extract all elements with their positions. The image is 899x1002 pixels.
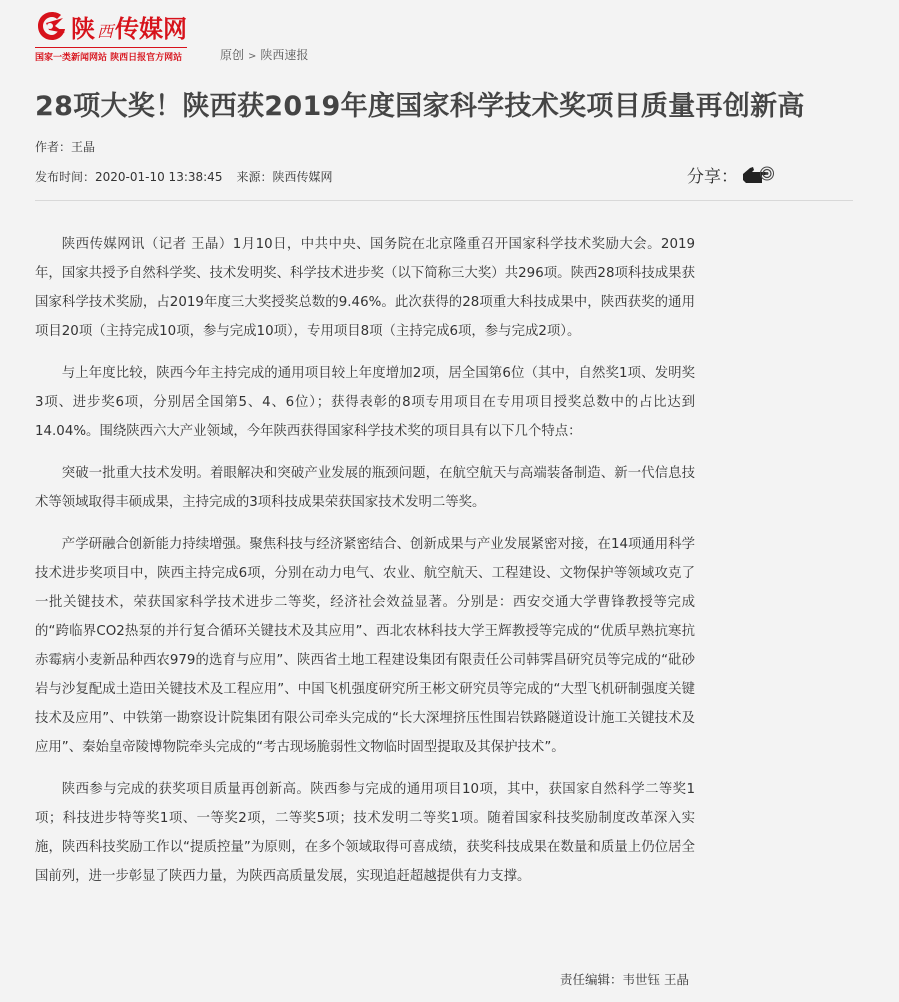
site-header: 陕西传媒网 国家一类新闻网站 陕西日报官方网站 原创>陕西速报 bbox=[35, 6, 635, 62]
logo-slogan: 国家一类新闻网站 陕西日报官方网站 bbox=[35, 50, 182, 63]
article-source: 来源：陕西传媒网 bbox=[236, 170, 332, 184]
logo-emblem-icon bbox=[35, 9, 69, 43]
article-title: 28项大奖！陕西获2019年度国家科学技术奖项目质量再创新高 bbox=[35, 84, 805, 123]
article-meta: 发布时间：2020-01-10 13:38:45来源：陕西传媒网 bbox=[35, 168, 332, 185]
paragraph-3: 突破一批重大技术发明。着眼解决和突破产业发展的瓶颈问题，在航空航天与高端装备制造… bbox=[35, 459, 695, 517]
breadcrumb: 原创>陕西速报 bbox=[220, 46, 308, 63]
logo-text: 陕西传媒网 bbox=[71, 9, 187, 44]
breadcrumb-separator: > bbox=[248, 51, 256, 62]
paragraph-4: 产学研融合创新能力持续增强。聚焦科技与经济紧密结合、创新成果与产业发展紧密对接，… bbox=[35, 530, 695, 762]
publish-time: 发布时间：2020-01-10 13:38:45 bbox=[35, 170, 222, 184]
responsible-editor: 责任编辑：韦世钰 王晶 bbox=[560, 970, 689, 988]
share-label: 分享： bbox=[687, 162, 738, 187]
paragraph-1: 陕西传媒网讯（记者 王晶）1月10日，中共中央、国务院在北京隆重召开国家科学技术… bbox=[35, 230, 695, 346]
article-body: 陕西传媒网讯（记者 王晶）1月10日，中共中央、国务院在北京隆重召开国家科学技术… bbox=[35, 230, 695, 904]
pointing-hand-icon[interactable] bbox=[740, 163, 776, 187]
breadcrumb-item-original[interactable]: 原创 bbox=[220, 48, 244, 62]
paragraph-5: 陕西参与完成的获奖项目质量再创新高。陕西参与完成的通用项目10项，其中，获国家自… bbox=[35, 775, 695, 891]
share-section: 分享： bbox=[687, 162, 776, 187]
site-logo[interactable]: 陕西传媒网 国家一类新闻网站 陕西日报官方网站 bbox=[35, 6, 190, 60]
breadcrumb-item-shaanxi-news[interactable]: 陕西速报 bbox=[260, 48, 308, 62]
logo-wordmark: 陕西传媒网 bbox=[35, 8, 187, 44]
logo-rule bbox=[35, 47, 187, 48]
article-author: 作者：王晶 bbox=[35, 138, 95, 155]
paragraph-2: 与上年度比较，陕西今年主持完成的通用项目较上年度增加2项，居全国第6位（其中，自… bbox=[35, 359, 695, 446]
header-divider bbox=[35, 200, 853, 201]
